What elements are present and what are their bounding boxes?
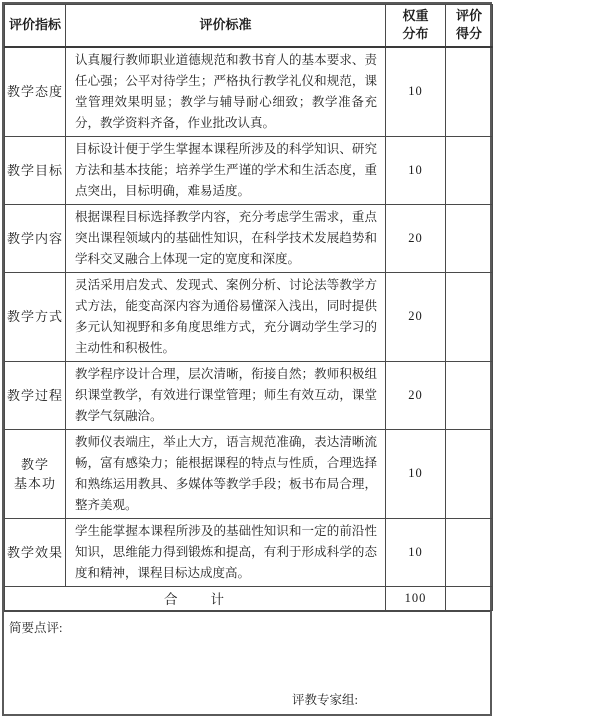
table-row: 教学态度 认真履行教师职业道德规范和教书育人的基本要求、责任心强；公平对待学生；… — [5, 47, 493, 137]
score-cell — [446, 361, 493, 429]
indicator-cell: 教学态度 — [5, 47, 66, 137]
weight-cell: 10 — [386, 518, 446, 586]
criteria-cell: 目标设计便于学生掌握本课程所涉及的科学知识、研究方法和基本技能；培养学生严谨的学… — [66, 136, 386, 204]
header-weight: 权重 分布 — [386, 5, 446, 47]
indicator-cell: 教学效果 — [5, 518, 66, 586]
score-cell — [446, 204, 493, 272]
table-row: 教学效果 学生能掌握本课程所涉及的基础性知识和一定的前沿性知识，思维能力得到锻炼… — [5, 518, 493, 586]
table-row: 教学方式 灵活采用启发式、发现式、案例分析、讨论法等教学方式方法，能变高深内容为… — [5, 272, 493, 361]
score-cell — [446, 136, 493, 204]
score-cell — [446, 518, 493, 586]
weight-cell: 20 — [386, 204, 446, 272]
expert-group-label: 评教专家组: — [292, 690, 358, 700]
criteria-cell: 教师仪表端庄，举止大方，语言规范准确，表达清晰流畅，富有感染力；能根据课程的特点… — [66, 429, 386, 518]
criteria-cell: 根据课程目标选择教学内容，充分考虑学生需求，重点突出课程领域内的基础性知识，在科… — [66, 204, 386, 272]
weight-cell: 20 — [386, 361, 446, 429]
total-score-cell — [446, 586, 493, 610]
weight-cell: 20 — [386, 272, 446, 361]
indicator-cell: 教学方式 — [5, 272, 66, 361]
header-indicator: 评价指标 — [5, 5, 66, 47]
criteria-cell: 教学程序设计合理，层次清晰，衔接自然；教师积极组织课堂教学，有效进行课堂管理；师… — [66, 361, 386, 429]
weight-cell: 10 — [386, 47, 446, 137]
criteria-cell: 认真履行教师职业道德规范和教书育人的基本要求、责任心强；公平对待学生；严格执行教… — [66, 47, 386, 137]
weight-cell: 10 — [386, 429, 446, 518]
table-row: 教学内容 根据课程目标选择教学内容，充分考虑学生需求，重点突出课程领域内的基础性… — [5, 204, 493, 272]
header-criteria: 评价标准 — [66, 5, 386, 47]
score-cell — [446, 272, 493, 361]
indicator-cell: 教学内容 — [5, 204, 66, 272]
score-cell — [446, 429, 493, 518]
total-weight-cell: 100 — [386, 586, 446, 610]
table-row: 教学目标 目标设计便于学生掌握本课程所涉及的科学知识、研究方法和基本技能；培养学… — [5, 136, 493, 204]
indicator-cell: 教学过程 — [5, 361, 66, 429]
indicator-cell: 教学目标 — [5, 136, 66, 204]
evaluation-table: 评价指标 评价标准 权重 分布 评价 得分 教学态度 认真履行教师职业道德规范和… — [4, 4, 493, 611]
comment-section: 简要点评: 评教专家组: — [4, 611, 490, 700]
comment-label: 简要点评: — [9, 618, 62, 636]
table-header-row: 评价指标 评价标准 权重 分布 评价 得分 — [5, 5, 493, 47]
criteria-cell: 学生能掌握本课程所涉及的基础性知识和一定的前沿性知识，思维能力得到锻炼和提高，有… — [66, 518, 386, 586]
header-score: 评价 得分 — [446, 5, 493, 47]
score-cell — [446, 47, 493, 137]
evaluation-form: 评价指标 评价标准 权重 分布 评价 得分 教学态度 认真履行教师职业道德规范和… — [2, 2, 492, 699]
table-row: 教学 基本功 教师仪表端庄，举止大方，语言规范准确，表达清晰流畅，富有感染力；能… — [5, 429, 493, 518]
table-row: 教学过程 教学程序设计合理，层次清晰，衔接自然；教师积极组织课堂教学，有效进行课… — [5, 361, 493, 429]
indicator-cell: 教学 基本功 — [5, 429, 66, 518]
total-row: 合 计 100 — [5, 586, 493, 610]
weight-cell: 10 — [386, 136, 446, 204]
criteria-cell: 灵活采用启发式、发现式、案例分析、讨论法等教学方式方法，能变高深内容为通俗易懂深… — [66, 272, 386, 361]
total-label: 合 计 — [5, 586, 386, 610]
